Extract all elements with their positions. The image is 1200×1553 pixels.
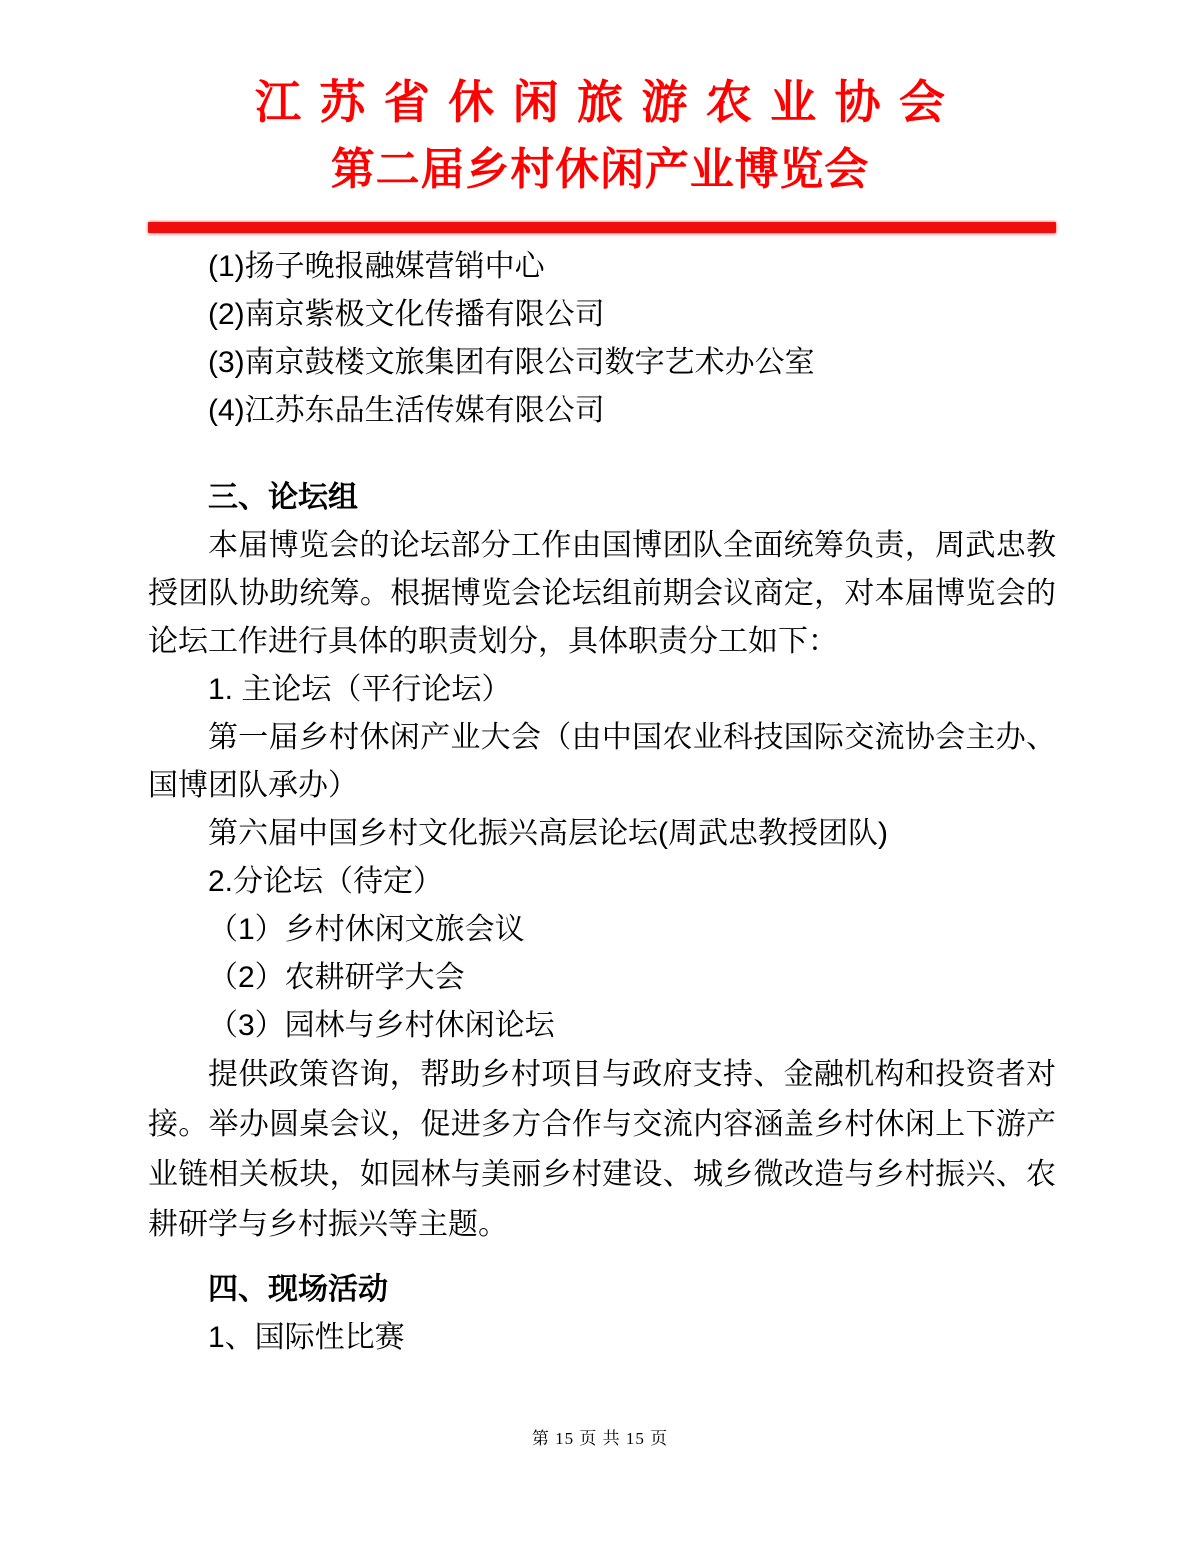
document-header: 江苏省休闲旅游农业协会 第二届乡村休闲产业博览会	[0, 76, 1200, 233]
partner-list-item-2: (2)南京紫极文化传播有限公司	[148, 291, 1056, 339]
document-page: 江苏省休闲旅游农业协会 第二届乡村休闲产业博览会 (1)扬子晚报融媒营销中心 (…	[0, 0, 1200, 1553]
sub-forum-item-2: （2）农耕研学大会	[148, 954, 1056, 1002]
document-body: (1)扬子晚报融媒营销中心 (2)南京紫极文化传播有限公司 (3)南京鼓楼文旅集…	[148, 243, 1056, 1362]
section4-item-1: 1、国际性比赛	[148, 1314, 1056, 1362]
sub-forum-heading: 2.分论坛（待定）	[148, 858, 1056, 906]
main-forum-line-2: 第六届中国乡村文化振兴高层论坛(周武忠教授团队)	[148, 810, 1056, 858]
page-number: 第 15 页 共 15 页	[532, 1429, 668, 1448]
sub-forum-item-3: （3）园林与乡村休闲论坛	[148, 1002, 1056, 1050]
page-footer: 第 15 页 共 15 页	[0, 1428, 1200, 1450]
main-forum-paragraph: 第一届乡村休闲产业大会（由中国农业科技国际交流协会主办、国博团队承办）	[148, 714, 1056, 810]
section3-intro-paragraph: 本届博览会的论坛部分工作由国博团队全面统筹负责，周武忠教授团队协助统筹。根据博览…	[148, 522, 1056, 666]
event-title: 第二届乡村休闲产业博览会	[0, 146, 1200, 194]
partner-list-item-3: (3)南京鼓楼文旅集团有限公司数字艺术办公室	[148, 339, 1056, 387]
section3-heading: 三、论坛组	[148, 474, 1056, 522]
partner-list-item-1: (1)扬子晚报融媒营销中心	[148, 243, 1056, 291]
partner-list-item-4: (4)江苏东品生活传媒有限公司	[148, 387, 1056, 435]
policy-paragraph: 提供政策咨询，帮助乡村项目与政府支持、金融机构和投资者对接。举办圆桌会议，促进多…	[148, 1050, 1056, 1250]
sub-forum-item-1: （1）乡村休闲文旅会议	[148, 906, 1056, 954]
section4-heading: 四、现场活动	[148, 1266, 1056, 1314]
header-divider	[148, 222, 1056, 233]
main-forum-heading: 1. 主论坛（平行论坛）	[148, 666, 1056, 714]
org-title: 江苏省休闲旅游农业协会	[0, 76, 1200, 128]
